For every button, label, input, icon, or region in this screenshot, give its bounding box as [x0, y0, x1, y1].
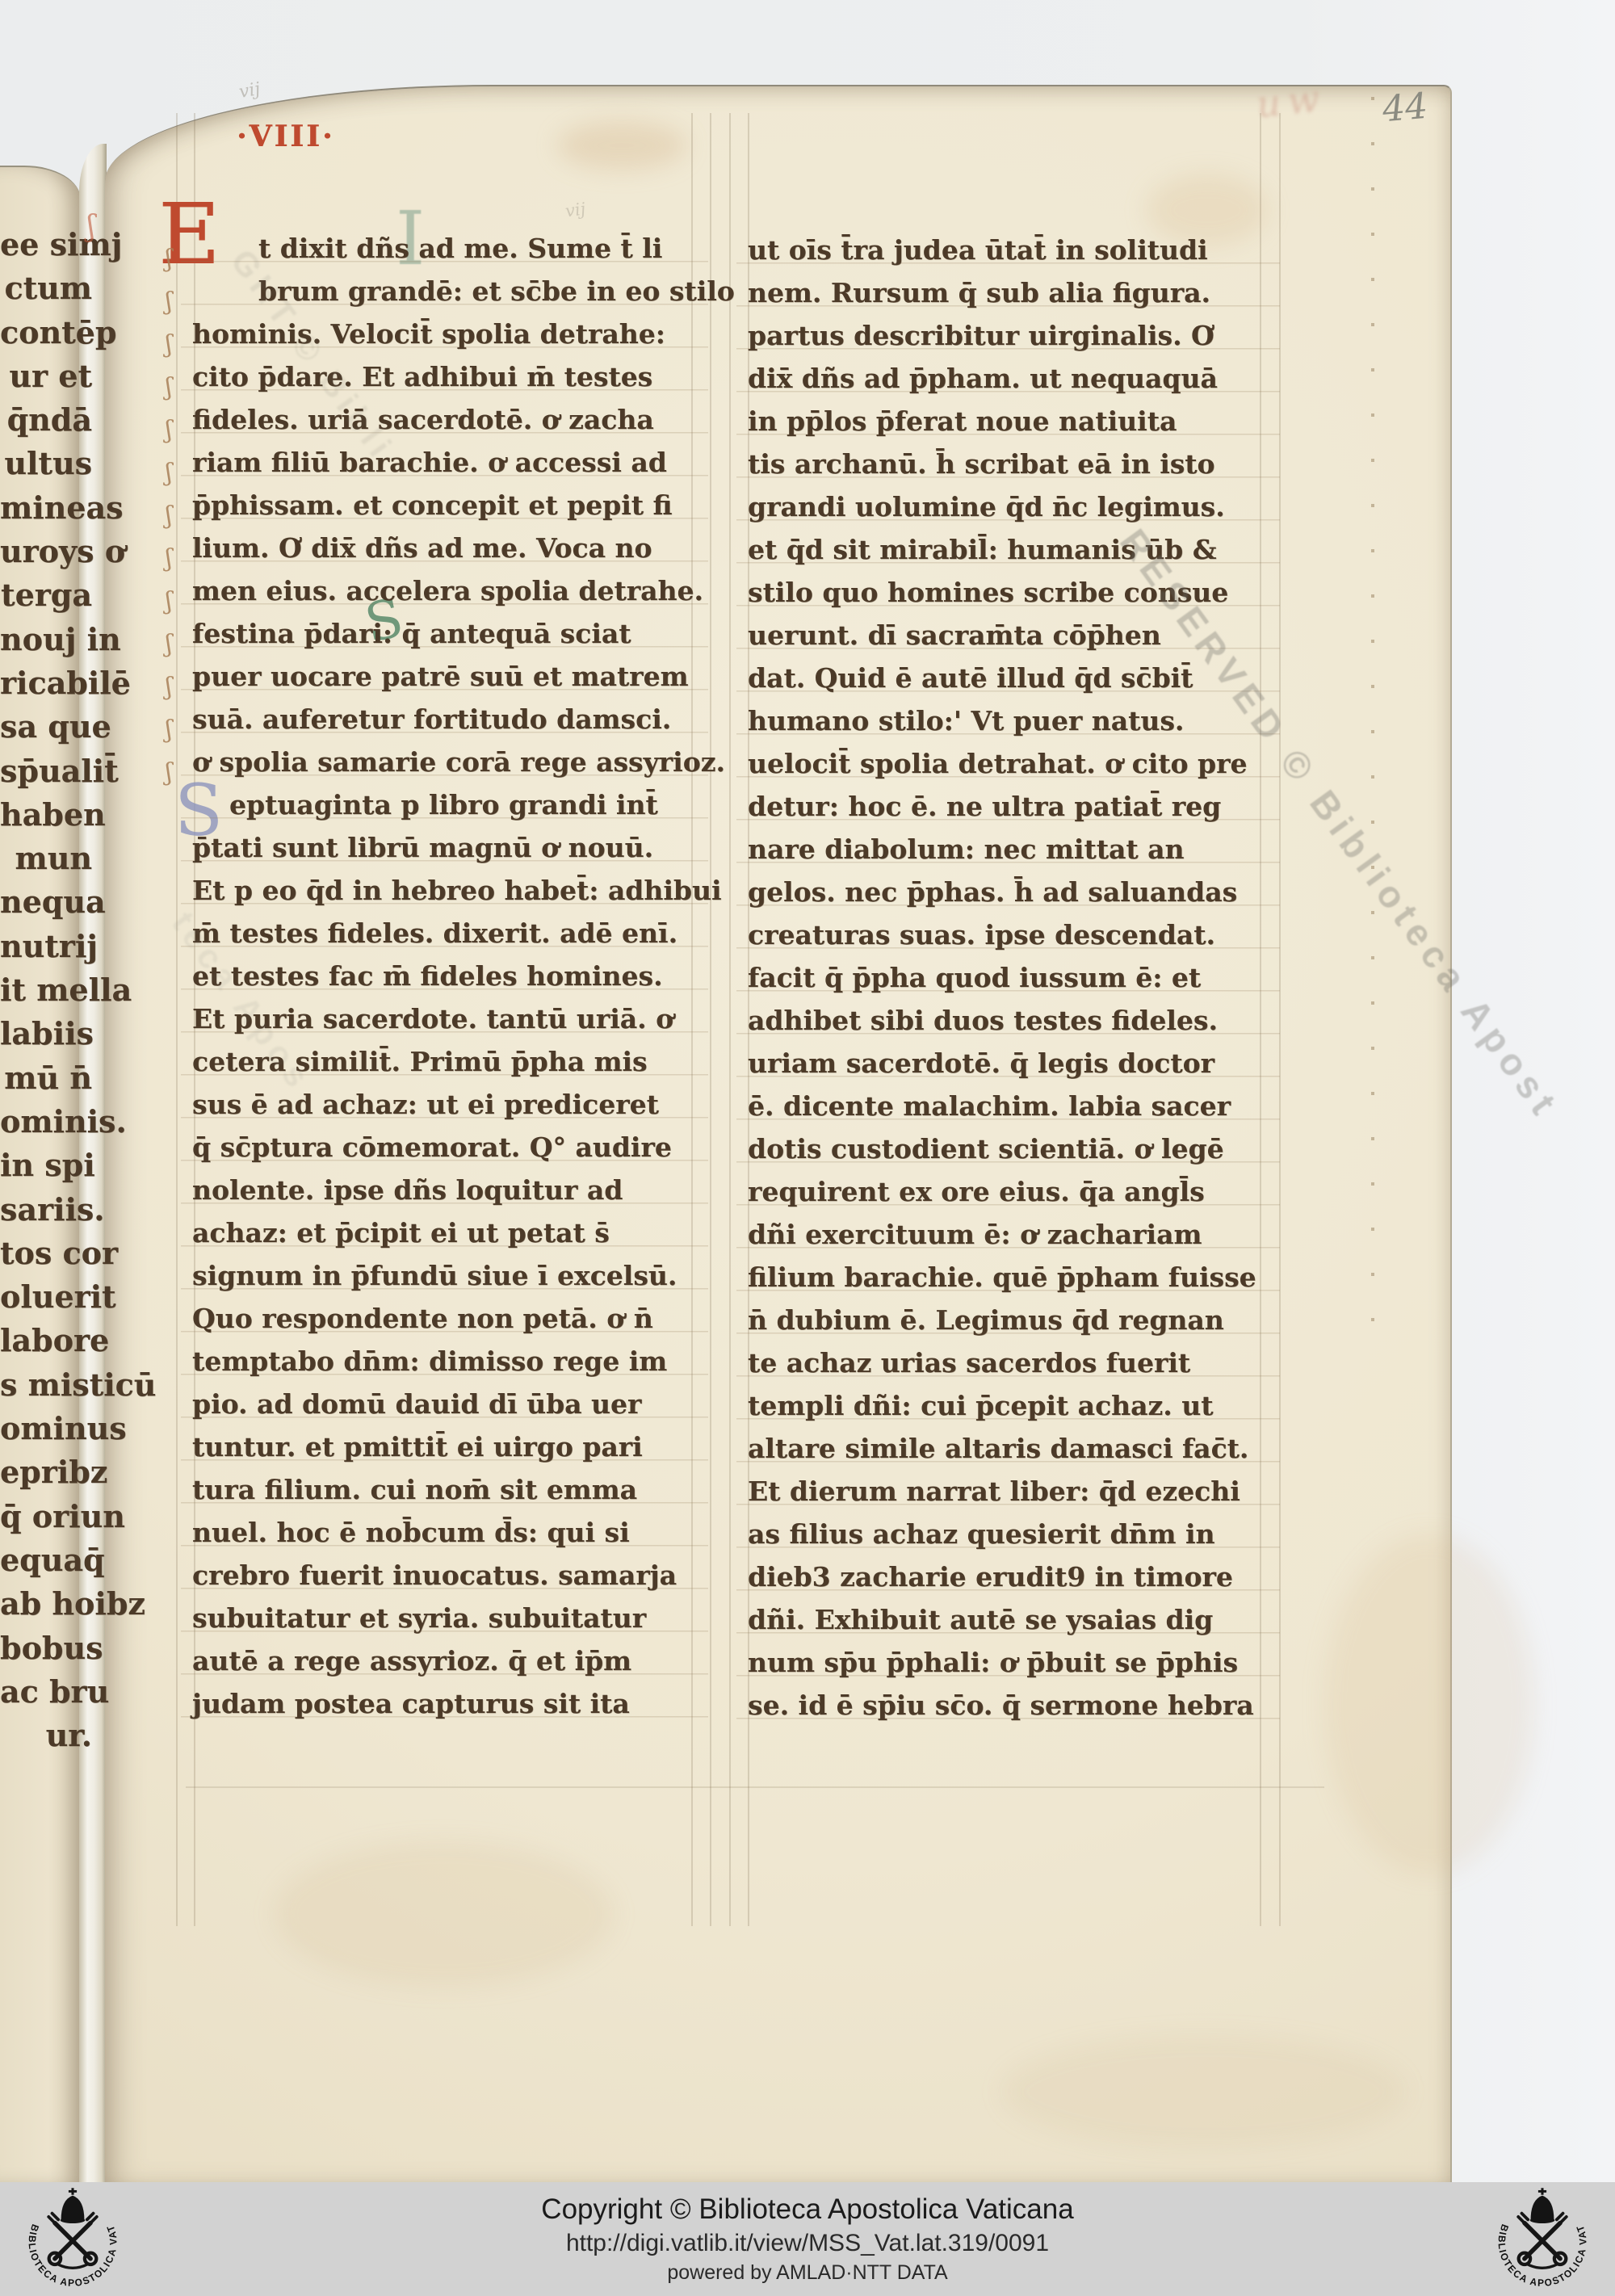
manuscript-line: dix̄ dñs ad p̄pham. ut nequaquā: [748, 357, 1269, 400]
manuscript-line: Et dierum narrat liber: q̄d ezechi: [748, 1470, 1269, 1513]
text-column-1: t dixit dñs ad me. Sume t̄ librum grandē…: [192, 227, 697, 1725]
manuscript-line: facit q̄ p̄pha quod iussum ē: et: [748, 956, 1269, 999]
manuscript-line-fragment: ctum: [0, 267, 92, 310]
manuscript-line: nolente. ipse dñs loquitur ad: [192, 1169, 697, 1211]
manuscript-line-fragment: mineas: [0, 486, 92, 530]
manuscript-line: p̄tati sunt librū magnū ơ nouū.: [192, 826, 697, 869]
manuscript-line: achaz: et p̄cipit ei ut petat s̄: [192, 1211, 697, 1254]
faded-stamp-mark: uw: [1254, 76, 1328, 127]
manuscript-line: hominis. Velocit̄ spolia detrahe:: [192, 313, 697, 355]
manuscript-line-fragment: equaq̄: [0, 1538, 92, 1582]
manuscript-line-fragment: ab hoibz: [0, 1582, 92, 1626]
manuscript-line: eptuaginta p libro grandi int̄: [192, 783, 697, 826]
manuscript-line: autē a rege assyrioz. q̄ et ip̄m: [192, 1639, 697, 1682]
manuscript-line: se. id ē sp̄iu sc̄o. q̄ sermone hebra: [748, 1684, 1269, 1727]
manuscript-line: dat. Quid ē autē illud q̄d sc̄bit̄: [748, 657, 1269, 699]
manuscript-line: Et p eo q̄d in hebreo habet̄: adhibui: [192, 869, 697, 912]
manuscript-line: partus describitur uirginalis. Ơ: [748, 314, 1269, 357]
manuscript-line: lium. Ơ dix̄ dñs ad me. Voca no: [192, 527, 697, 569]
manuscript-viewer-page: ·VIII· vij vij uw 44 ee simjctumcontēpur…: [0, 0, 1615, 2296]
manuscript-line: signum in p̄fundū siue ī excelsū.: [192, 1254, 697, 1297]
manuscript-line-fragment: haben: [0, 793, 92, 837]
line-filler-mark: ʃ: [166, 280, 172, 323]
manuscript-line-fragment: epribz: [0, 1450, 92, 1494]
manuscript-line: nuel. hoc ē nob̄cum d̄s: qui si: [192, 1511, 697, 1554]
manuscript-line-fragment: mū n̄: [0, 1056, 92, 1100]
manuscript-line: uriam sacerdotē. q̄ legis doctor: [748, 1042, 1269, 1085]
manuscript-line-fragment: ricabilē: [0, 661, 92, 705]
manuscript-line: fideles. uriā sacerdotē. ơ zacha: [192, 398, 697, 441]
manuscript-line-fragment: ur.: [0, 1714, 92, 1757]
manuscript-line-fragment: sa que: [0, 705, 92, 749]
line-filler-mark: ʃ: [166, 623, 172, 665]
manuscript-line: festina p̄dari: q̄ antequā sciat: [192, 612, 697, 655]
manuscript-line: dñi exercituum ē: ơ zachariam: [748, 1213, 1269, 1256]
manuscript-line: adhibet sibi duos testes fideles.: [748, 999, 1269, 1042]
manuscript-line: ơ spolia samarie corā rege assyrioz.: [192, 741, 697, 783]
line-filler-mark: ʃ: [166, 409, 172, 451]
manuscript-line-fragment: oluerit: [0, 1275, 92, 1319]
pricking-dots: [1371, 97, 1374, 1357]
red-line-filler: ʃ: [87, 210, 95, 243]
manuscript-line: ut oīs t̄ra judea ūtat̄ in solitudi: [748, 229, 1269, 271]
manuscript-line: stilo quo homines scribe consue: [748, 571, 1269, 614]
manuscript-line-fragment: contēp: [0, 311, 92, 355]
pencil-quire-note-2: vij: [564, 199, 586, 220]
manuscript-line: grandi uolumine q̄d n̄c legimus.: [748, 485, 1269, 528]
vatican-library-logo-right: BIBLIOTECA APOSTOLICA VATICANA: [1487, 2185, 1597, 2294]
manuscript-line: brum grandē: et sc̄be in eo stilo: [192, 270, 697, 313]
manuscript-line: dotis custodient scientiā. ơ legē: [748, 1127, 1269, 1170]
manuscript-line: detur: hoc ē. ne ultra patiat̄ reg: [748, 785, 1269, 828]
manuscript-line-fragment: mun: [0, 837, 92, 880]
manuscript-line: temptabo dn̄m: dimisso rege im: [192, 1340, 697, 1383]
manuscript-photo: ·VIII· vij vij uw 44 ee simjctumcontēpur…: [0, 0, 1615, 2182]
line-filler-mark: ʃ: [166, 708, 172, 751]
manuscript-line: te achaz urias sacerdos fuerit: [748, 1341, 1269, 1384]
manuscript-line: t dixit dñs ad me. Sume t̄ li: [192, 227, 697, 270]
papal-tiara-icon: [1530, 2188, 1555, 2223]
manuscript-line-fragment: nequa: [0, 880, 92, 924]
manuscript-line-fragment: ominis.: [0, 1100, 92, 1144]
manuscript-line: nare diabolum: nec mittat an: [748, 828, 1269, 871]
manuscript-line-fragment: ominus: [0, 1407, 92, 1450]
manuscript-line-fragment: sariis.: [0, 1188, 92, 1232]
manuscript-line: Quo respondente non petā. ơ n̄: [192, 1297, 697, 1340]
line-filler-mark: ʃ: [166, 451, 172, 494]
manuscript-line: tuntur. et pmittit̄ ei uirgo pari: [192, 1425, 697, 1468]
manuscript-line: et q̄d sit mirabil̄: humanis ūb &: [748, 528, 1269, 571]
source-url: http://digi.vatlib.it/view/MSS_Vat.lat.3…: [566, 2230, 1049, 2257]
ruling-line-vertical: [729, 113, 731, 1926]
manuscript-line: crebro fuerit inuocatus. samarja: [192, 1554, 697, 1597]
manuscript-line: uelocit̄ spolia detrahat. ơ cito pre: [748, 742, 1269, 785]
ruling-line-horizontal: [186, 1786, 1324, 1788]
manuscript-line-fragment: in spi: [0, 1144, 92, 1187]
manuscript-line: q̄ sc̄ptura cōmemorat. Q° audire: [192, 1126, 697, 1169]
manuscript-line: cito p̄dare. Et adhibui m̄ testes: [192, 355, 697, 398]
manuscript-line-fragment: ur et: [0, 355, 92, 398]
manuscript-line: tis archanū. h̄ scribat eā in isto: [748, 443, 1269, 485]
manuscript-line: altare simile altaris damasci fac̄t.: [748, 1427, 1269, 1470]
line-filler-mark: ʃ: [166, 665, 172, 708]
manuscript-line: subuitatur et syria. subuitatur: [192, 1597, 697, 1639]
manuscript-line: gelos. nec p̄phas. h̄ ad saluandas: [748, 871, 1269, 913]
manuscript-line: et testes fac m̄ fideles homines.: [192, 955, 697, 997]
footer-bar: BIBLIOTECA APOSTOLICA VATICANA Copyright…: [0, 2182, 1615, 2296]
manuscript-line: pio. ad domū dauid dī ūba uer: [192, 1383, 697, 1425]
manuscript-line-fragment: labiis: [0, 1012, 92, 1056]
line-filler-mark: ʃ: [166, 237, 172, 280]
manuscript-line: in pp̄los p̄ferat noue natiuita: [748, 400, 1269, 443]
manuscript-line: ē. dicente malachim. labia sacer: [748, 1085, 1269, 1127]
margin-line-fillers: ʃʃʃʃʃʃʃʃʃʃʃʃʃ: [166, 237, 172, 794]
manuscript-line-fragment: bobus: [0, 1627, 92, 1670]
facing-page-text-column: ee simjctumcontēpur etq̄ndāultusmineasur…: [0, 223, 92, 1757]
manuscript-line-fragment: q̄ndā: [0, 398, 92, 442]
manuscript-line-fragment: nouj in: [0, 618, 92, 661]
line-filler-mark: ʃ: [166, 323, 172, 366]
manuscript-line: riam filiū barachie. ơ accessi ad: [192, 441, 697, 484]
manuscript-line: judam postea capturus sit ita: [192, 1682, 697, 1725]
manuscript-line-fragment: ee simj: [0, 223, 92, 267]
manuscript-line: dieb3 zacharie erudit9 in timore: [748, 1555, 1269, 1598]
manuscript-line: cetera similit̄. Primū p̄pha mis: [192, 1040, 697, 1083]
line-filler-mark: ʃ: [166, 494, 172, 537]
manuscript-line: requirent ex ore eius. q̄a angl̄s: [748, 1170, 1269, 1213]
footer-text-block: Copyright © Biblioteca Apostolica Vatica…: [0, 2182, 1615, 2296]
manuscript-line: p̄phissam. et concepit et pepit fi: [192, 484, 697, 527]
ruling-line-vertical: [710, 113, 711, 1926]
manuscript-line-fragment: s misticū: [0, 1363, 92, 1407]
manuscript-line-fragment: sp̄ualit̄: [0, 749, 92, 793]
manuscript-line: tura filium. cui nom̄ sit emma: [192, 1468, 697, 1511]
manuscript-line: dñi. Exhibuit autē se ysaias dig: [748, 1598, 1269, 1641]
pencil-quire-note: vij: [237, 79, 262, 103]
manuscript-line-fragment: tos cor: [0, 1232, 92, 1275]
manuscript-line: suā. auferetur fortitudo damsci.: [192, 698, 697, 741]
manuscript-line: templi dñi: cui p̄cepit achaz. ut: [748, 1384, 1269, 1427]
line-filler-mark: ʃ: [166, 366, 172, 409]
manuscript-line: puer uocare patrē suū et matrem: [192, 655, 697, 698]
copyright-line: Copyright © Biblioteca Apostolica Vatica…: [541, 2193, 1073, 2226]
manuscript-line-fragment: ac bru: [0, 1670, 92, 1714]
line-filler-mark: ʃ: [166, 580, 172, 623]
ruling-line-vertical: [1279, 113, 1281, 1926]
manuscript-line-fragment: q̄ oriun: [0, 1495, 92, 1538]
manuscript-line-fragment: uroys ơ: [0, 530, 92, 573]
manuscript-line-fragment: ultus: [0, 442, 92, 485]
manuscript-line: men eius. accelera spolia detrahe.: [192, 569, 697, 612]
manuscript-line: creaturas suas. ipse descendat.: [748, 913, 1269, 956]
manuscript-line: filium barachie. quē p̄pham fuisse: [748, 1256, 1269, 1299]
manuscript-line-fragment: terga: [0, 573, 92, 617]
folio-number: 44: [1381, 86, 1429, 131]
manuscript-line-fragment: labore: [0, 1319, 92, 1362]
manuscript-line: as filius achaz quesierit dn̄m in: [748, 1513, 1269, 1555]
chapter-number-rubric: ·VIII·: [237, 120, 335, 153]
text-column-2: ut oīs t̄ra judea ūtat̄ in solitudinem. …: [748, 229, 1269, 1727]
manuscript-line: num sp̄u p̄phali: ơ p̄buit se p̄phis: [748, 1641, 1269, 1684]
manuscript-line: uerunt. dī sacram̄ta cōp̄hen: [748, 614, 1269, 657]
powered-by-line: powered by AMLAD·NTT DATA: [667, 2261, 947, 2285]
manuscript-line: n̄ dubium ē. Legimus q̄d regnan: [748, 1299, 1269, 1341]
line-filler-mark: ʃ: [166, 751, 172, 794]
manuscript-line: humano stilo:' Vt puer natus.: [748, 699, 1269, 742]
manuscript-line: m̄ testes fideles. dixerit. adē enī.: [192, 912, 697, 955]
manuscript-line-fragment: it mella: [0, 968, 92, 1012]
manuscript-line: nem. Rursum q̄ sub alia figura.: [748, 271, 1269, 314]
manuscript-line: sus ē ad achaz: ut ei prediceret: [192, 1083, 697, 1126]
line-filler-mark: ʃ: [166, 537, 172, 580]
manuscript-line-fragment: nutrij: [0, 925, 92, 968]
ruling-line-vertical: [176, 113, 178, 1926]
manuscript-line: Et puria sacerdote. tantū uriā. ơ: [192, 997, 697, 1040]
